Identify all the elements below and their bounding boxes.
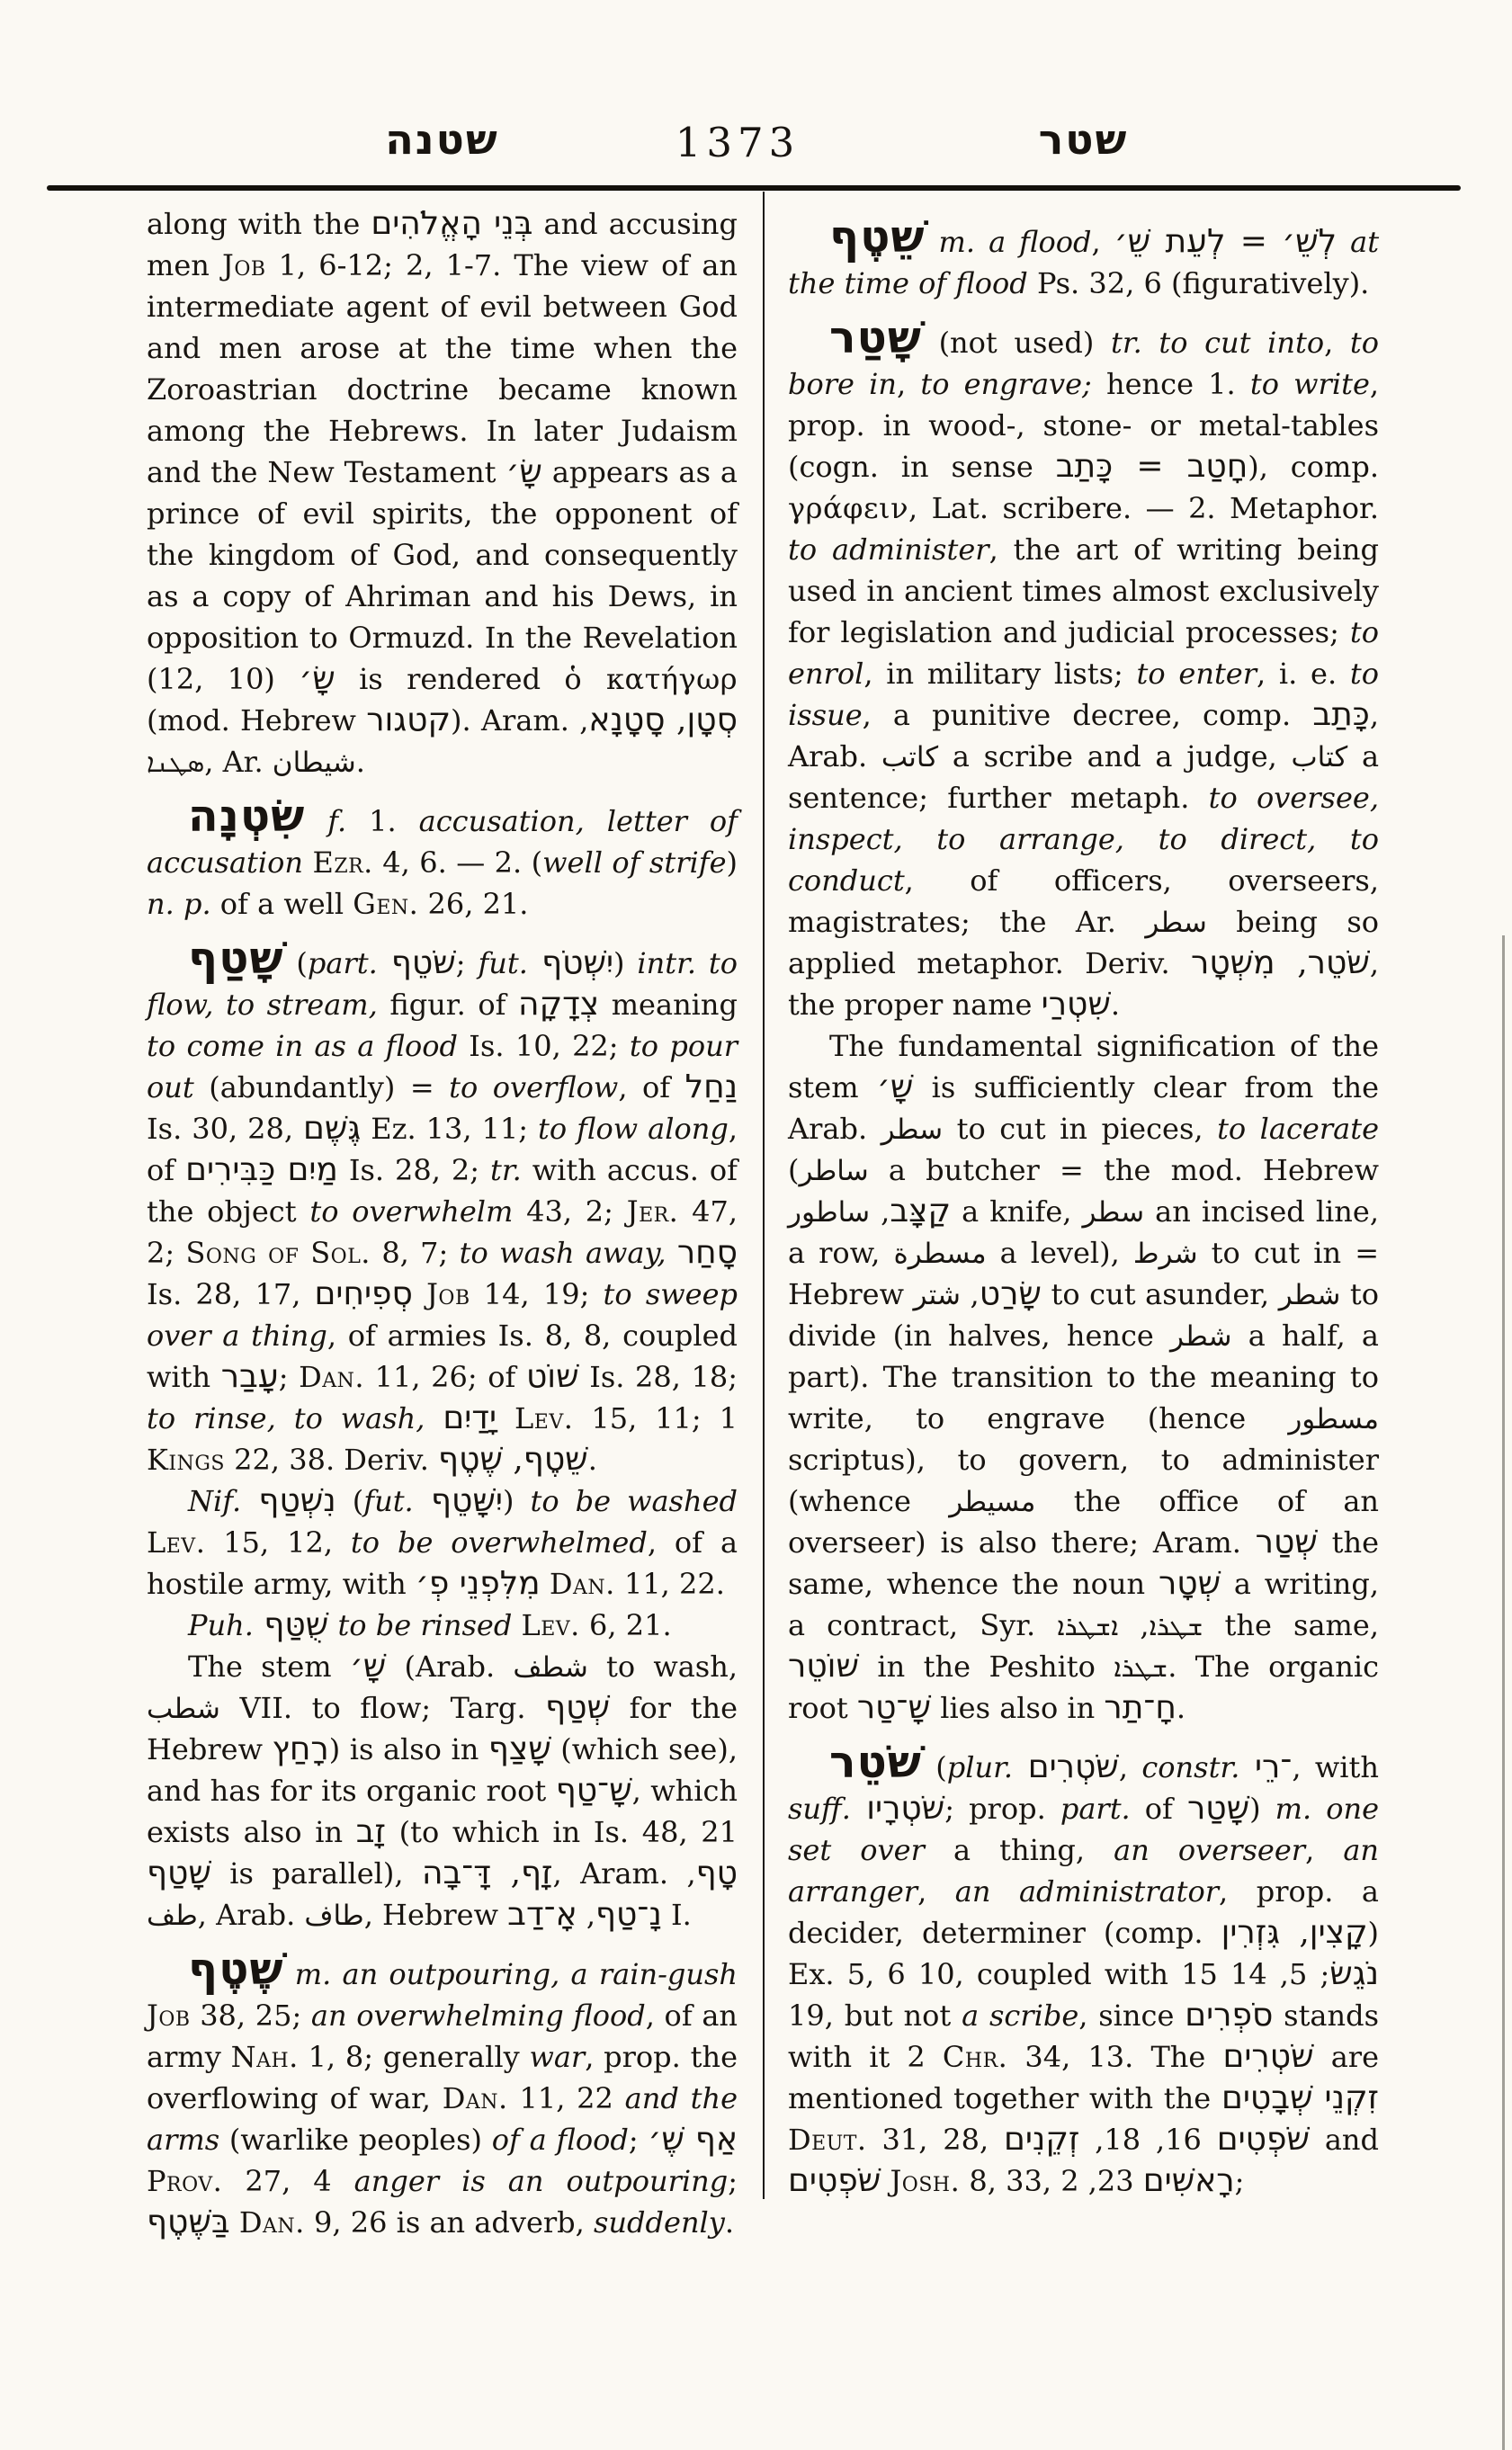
text-run-ro: 1, 6-12; 2, 1-7. The view of an intermed… [147, 248, 738, 489]
text-run-it: an overwhelming flood [311, 1998, 646, 2033]
text-run-ro: , with [1292, 1750, 1379, 1784]
text-run-ar: مسطرة [894, 1238, 987, 1270]
text-run-ar: مسطور [1288, 1403, 1379, 1435]
text-run-ro [696, 946, 709, 980]
text-run-it: an administrator [955, 1874, 1219, 1909]
text-run-ro: Ez. 13, 11; [361, 1112, 538, 1146]
text-run-ro [303, 845, 312, 880]
text-run-sc: Kings [147, 1443, 225, 1477]
text-run-he: סְפִיחִים [315, 1275, 413, 1312]
text-run-he: שֵׁטֶף, שֶׁטֶף [438, 1441, 588, 1478]
text-run-ro: 22, 38. Deriv. [225, 1443, 438, 1477]
dictionary-entry-paragraph: שִׂטְנָה f. 1. accusation, letter of acc… [147, 794, 738, 925]
text-run-he: צְדָקָה [518, 986, 599, 1023]
text-run-ro [541, 1567, 550, 1601]
text-run-it: an overseer [1114, 1833, 1305, 1867]
text-run-he: עָבַר [221, 1358, 279, 1395]
text-run-he: חָטַב = כָּתַב [1056, 448, 1248, 485]
text-run-ro: . [356, 745, 365, 779]
text-run-it: to be washed [530, 1484, 738, 1518]
text-run-ro: 34, 13. The [1007, 2040, 1222, 2074]
text-run-ro [1142, 326, 1159, 360]
text-run-ro: along with the [147, 207, 371, 241]
text-run-ro: 27, 4 [222, 2164, 353, 2198]
text-run-he: שֹׁטְרִים [1013, 1748, 1119, 1785]
text-run-ro: 11, 22 [508, 2081, 625, 2115]
text-run-ro: , [1119, 1750, 1142, 1784]
text-run-sy: ܫܛܪܐ [1150, 1611, 1203, 1641]
text-run-ro [1311, 1792, 1326, 1826]
text-run-ro: a scribe and a judge, [938, 739, 1291, 773]
text-run-ro: ; [728, 2164, 738, 2198]
text-run-he: יִשְׁטֹף [528, 944, 613, 981]
text-run-ro: , Lat. scribere. — 2. Metaphor. [908, 491, 1379, 525]
text-run-ro: to cut in pieces, [943, 1112, 1217, 1146]
text-run-ro: to wash, [588, 1650, 738, 1684]
text-run-he: שָׁטַף [147, 1855, 211, 1891]
text-run-ar: شتر [914, 1279, 961, 1311]
text-run-ro: , Arab. [198, 1898, 305, 1932]
text-run-he: זְקֵנִים [1004, 2121, 1079, 2158]
text-run-ro [284, 1957, 295, 1991]
text-run-ro: ; [279, 1360, 299, 1394]
text-run-hw: שִׂטְנָה [188, 790, 305, 842]
text-run-ar: شطف [513, 1651, 588, 1684]
text-run-it: fut. [478, 946, 527, 980]
text-run-ro: appears as a prince of evil spirits, the… [147, 455, 738, 696]
text-run-ro: Is. 28, 2; [338, 1153, 490, 1187]
text-run-ro: , [917, 1874, 955, 1909]
text-run-ro: and [1310, 2123, 1379, 2157]
text-run-sc: Lev. [514, 1401, 573, 1435]
text-run-ro: ). Aram. [451, 703, 579, 738]
text-run-it: to enter [1137, 657, 1257, 691]
text-run-sc: Dan. [443, 2081, 508, 2115]
text-run-he: שֹׁפְטִים [788, 2162, 881, 2199]
text-run-ro: Is. 10, 22; [458, 1029, 630, 1063]
text-run-ro [328, 1608, 337, 1642]
text-run-it: to come in as a flood [147, 1029, 458, 1063]
text-run-ro: lies also in [931, 1691, 1104, 1725]
text-run-he: שָׁ־טַר [857, 1689, 931, 1726]
text-run-ar: كتاب [1292, 741, 1348, 773]
text-run-ar: مسيطر [949, 1486, 1035, 1518]
text-run-he: שְׁטָר [1159, 1565, 1221, 1602]
text-run-ro: ), comp. [1248, 450, 1379, 484]
text-run-ro: in the Peshito [859, 1650, 1114, 1684]
text-run-sc: Job [147, 1998, 191, 2033]
text-run-ro: of a well [211, 887, 353, 921]
text-run-gr: ὁ κατήγωρ [564, 662, 738, 696]
text-run-he: סָחַר [677, 1234, 738, 1271]
text-run-ar: سطر [1083, 1196, 1145, 1229]
text-run-sc: Dan. [550, 1567, 615, 1601]
text-run-ro: 1, 8; generally [299, 2040, 530, 2074]
text-run-it: an outpouring, a rain-gush [343, 1957, 738, 1991]
text-run-he: שֹׁטֵף [378, 944, 456, 981]
text-run-ro: , [1324, 326, 1350, 360]
text-run-ro: 8, 33, [960, 2164, 1060, 2198]
text-run-ar: سطر [1145, 907, 1207, 939]
header-rule [47, 185, 1461, 191]
text-run-it: m. [939, 225, 976, 259]
text-run-sy: ܣܛܢܐ [147, 747, 204, 778]
text-run-he: שָׂ׳ [299, 660, 335, 697]
text-run-ro: ) [727, 845, 738, 880]
text-run-he: שָׂרַט [980, 1275, 1042, 1312]
text-run-ro: (Arab. [386, 1650, 513, 1684]
text-run-ro: ; [629, 2123, 649, 2157]
text-run-ro: ) is also in [329, 1732, 488, 1766]
text-run-sc: Prov. [147, 2164, 222, 2198]
text-run-ro: 15, 12, [205, 1525, 351, 1560]
text-run-it: to wash away, [460, 1236, 667, 1270]
text-run-ro: , in military lists; [863, 657, 1136, 691]
text-run-it: suff. [788, 1792, 851, 1826]
text-run-sc: Dan. [239, 2205, 305, 2240]
text-run-sc: Gen. [353, 887, 418, 921]
text-run-ro: a thing, [925, 1833, 1114, 1867]
text-run-ro: 31, 28, [867, 2123, 1004, 2157]
text-run-ro: , Hebrew [364, 1898, 507, 1932]
text-run-sc: Dan. [299, 1360, 364, 1394]
text-run-ro: ) [1249, 1792, 1275, 1826]
text-run-sc: Lev. [147, 1525, 205, 1560]
text-run-he: כָּתַב [1312, 696, 1370, 733]
text-run-ro: Is. 28, 18; [579, 1360, 738, 1394]
text-run-hw: שֹׁטֵר [829, 1736, 922, 1788]
text-run-he: ־רֵי [1239, 1748, 1292, 1785]
text-run-sc: Jer. [627, 1194, 679, 1229]
text-run-ar: شرط [1133, 1238, 1198, 1270]
text-run-it: well of strife [542, 845, 726, 880]
text-run-ro: meaning [599, 988, 738, 1022]
text-run-ro: 16, 18, [1079, 2123, 1216, 2157]
text-paragraph: Puh. שֻׁטַּף to be rinsed Lev. 6, 21. [147, 1605, 738, 1646]
text-run-ro: Is. 30, 28, [147, 1112, 303, 1146]
text-run-sc: Josh. [890, 2164, 960, 2198]
text-run-ro: . [725, 2205, 734, 2240]
text-run-it: to lacerate [1217, 1112, 1379, 1146]
text-run-ro: . [1176, 1691, 1185, 1725]
scan-edge-artifact [1502, 935, 1505, 2450]
text-run-ro [230, 2205, 239, 2240]
text-run-ro: , i. e. [1257, 657, 1350, 691]
text-run-ro: ( [788, 1153, 799, 1187]
text-run-ro: , [686, 1856, 695, 1891]
text-run-he: נָ־טַף [595, 1896, 662, 1933]
text-run-ro: 26, 21. [418, 887, 528, 921]
text-run-he: נֹגֵשׂ [1329, 1955, 1379, 1992]
text-run-it: f. [327, 804, 346, 838]
text-run-it: suddenly [594, 2205, 725, 2240]
text-run-he: שֹׁטְרִים [1222, 2038, 1313, 2075]
text-run-ro: ) [613, 946, 637, 980]
text-run-hw: שֶׁטֶף [188, 1943, 284, 1995]
text-run-he: יִשָּׁטֵף [414, 1482, 503, 1519]
text-run-ro: , [1118, 1608, 1149, 1642]
text-run-it: to overwhelm [309, 1194, 513, 1229]
text-run-ro: , [870, 1194, 890, 1229]
text-run-ro: 43, 2; [513, 1194, 626, 1229]
text-run-ro: is rendered [336, 662, 565, 696]
text-run-ro: the same, [1203, 1608, 1379, 1642]
dictionary-entry-paragraph: שָׁטַר (not used) tr. to cut into, to bo… [788, 316, 1379, 1025]
text-run-ro: 9, 26 is an adverb, [305, 2205, 594, 2240]
text-run-ro: (abundantly) = [194, 1070, 449, 1104]
text-run-sc: Lev. [521, 1608, 579, 1642]
text-run-sc: Deut. [788, 2123, 867, 2157]
dictionary-entry-paragraph: שֹׁטֵר (plur. שֹׁטְרִים, constr. ־רֵי, w… [788, 1740, 1379, 2202]
text-run-it: n. p. [147, 887, 211, 921]
text-run-he: שֹׁפְטִים [1217, 2121, 1310, 2158]
text-run-he: מִלִּפְנֵי פְ׳ [416, 1565, 541, 1602]
text-run-ar: شطب [147, 1693, 220, 1725]
text-run-it: to engrave; [920, 367, 1092, 401]
text-run-ro: 15, 11; 1 [573, 1401, 738, 1435]
text-run-ro [413, 1277, 426, 1311]
text-run-he: שְׁטַר [1256, 1524, 1318, 1560]
text-run-he: שָׂ׳ [505, 453, 541, 490]
dictionary-entry-paragraph: שֵׁטֶף m. a flood, לְשֵׁ׳ = לְעֵת שֵׁ׳ a… [788, 215, 1379, 304]
text-run-ro: 6, 21. [580, 1608, 672, 1642]
text-run-ro: (mod. Hebrew [147, 703, 366, 738]
text-run-he: שָׁ׳ [350, 1648, 386, 1685]
text-run-it: a scribe [962, 1998, 1078, 2033]
text-run-it: a flood [989, 225, 1091, 259]
text-run-ro: (not used) [922, 326, 1111, 360]
text-run-it: to write [1250, 367, 1370, 401]
text-run-ro: , of [618, 1070, 684, 1104]
text-run-ro: , a punitive decree, comp. [863, 698, 1313, 732]
text-run-he: זָף, דָּ־בָה [422, 1855, 553, 1891]
text-run-ro [512, 1608, 521, 1642]
dictionary-entry-paragraph: שָׁטַף (part. שֹׁטֵף; fut. יִשְׁטֹף) int… [147, 936, 738, 1480]
text-run-ro: hence 1. [1092, 367, 1250, 401]
text-run-sc: Song of Sol. [185, 1236, 371, 1270]
text-run-he: שָׁ־טַף [556, 1772, 632, 1809]
text-run-he: מַיִם כַּבִּירִים [185, 1151, 338, 1188]
text-run-ro: ; [456, 946, 479, 980]
text-run-gr: γράφειν [788, 491, 908, 525]
text-run-he: בַּשֶּׁטֶף [147, 2204, 230, 2240]
text-run-he: נַחַל [685, 1069, 738, 1105]
text-run-sy: ܫܛܪܐ [1114, 1652, 1168, 1683]
text-run-it: Nif. [188, 1484, 241, 1518]
text-run-it: to overflow [449, 1070, 618, 1104]
text-run-it: m. [1275, 1792, 1312, 1826]
text-run-ro [305, 804, 327, 838]
text-run-ro [1337, 225, 1350, 259]
text-run-ro: a knife, [951, 1194, 1083, 1229]
text-run-hw: שָׁטַף [188, 932, 284, 984]
text-run-he: שָׁטַר [1187, 1790, 1249, 1827]
text-run-he: גֶּשֶׁם [303, 1110, 361, 1147]
text-run-he: אַף שֶׁ׳ [648, 2121, 738, 2158]
text-run-ar: ساطر [799, 1155, 868, 1187]
text-run-ro: to cut asunder, [1042, 1277, 1279, 1311]
text-run-ro: (to which in Is. 48, 21 [386, 1815, 738, 1849]
text-run-ro: The stem [188, 1650, 350, 1684]
text-run-it: to rinse, to wash, [147, 1401, 425, 1435]
text-run-ro [881, 2164, 890, 2198]
text-run-he: יָדַיִם [443, 1399, 497, 1436]
text-run-ro: (warlike peoples) [219, 2123, 492, 2157]
text-run-he: לְשֵׁ׳ = לְעֵת שֵׁ׳ [1114, 223, 1337, 260]
text-run-it: anger is an outpouring [354, 2164, 729, 2198]
text-run-it: Puh. [188, 1608, 254, 1642]
text-run-he: שׁוֹט [526, 1358, 579, 1395]
text-run-ro: , [577, 1898, 595, 1932]
text-run-sc: Job [426, 1277, 470, 1311]
text-run-ro: figur. of [378, 988, 518, 1022]
text-run-ro: , [579, 703, 588, 738]
text-run-ro: , since [1078, 1998, 1185, 2033]
text-run-ro: 11, 26; of [364, 1360, 526, 1394]
text-run-ro: , [961, 1277, 980, 1311]
text-run-it: to be rinsed [337, 1608, 512, 1642]
text-run-ar: طف [147, 1900, 198, 1932]
text-run-he: קַצָּב [890, 1193, 951, 1229]
text-run-he: שֹׁטְרָיו [851, 1790, 944, 1827]
text-column-right: שֵׁטֶף m. a flood, לְשֵׁ׳ = לְעֵת שֵׁ׳ a… [788, 203, 1379, 2202]
text-run-it: of a flood [492, 2123, 629, 2157]
text-run-ro: , [1092, 225, 1114, 259]
text-run-ro: . [1111, 988, 1120, 1022]
text-column-left: along with the בְּנֵי הָאֱלֹהִים and acc… [147, 203, 738, 2243]
text-run-ro [975, 225, 989, 259]
text-run-hw: שָׁטַר [829, 311, 922, 363]
text-run-ro: ) [503, 1484, 531, 1518]
text-run-he: שֹׁטֵר, מִשְׁטָר [1191, 944, 1370, 981]
text-run-ro [667, 1236, 677, 1270]
text-run-ro: 4, 6. — 2. ( [373, 845, 542, 880]
text-run-he: זִקְנֵי שְׁבָטִים [1221, 2079, 1379, 2116]
text-run-ro: , [897, 367, 920, 401]
text-run-he: שׁוֹטֵר [788, 1648, 859, 1685]
text-run-it: to flow along [538, 1112, 729, 1146]
text-paragraph: along with the בְּנֵי הָאֱלֹהִים and acc… [147, 203, 738, 782]
text-run-ar: شيطان [273, 747, 356, 779]
text-run-he: חָ־תַר [1104, 1689, 1176, 1726]
text-run-he: בְּנֵי הָאֱלֹהִים [371, 205, 532, 242]
text-run-he: סֹפְרִים [1185, 1997, 1273, 2034]
text-run-ro: I. [662, 1898, 692, 1932]
text-run-ro: . [588, 1443, 597, 1477]
text-run-ro: , Ar. [204, 745, 273, 779]
text-run-he: שָׁצַף [488, 1730, 551, 1767]
text-run-ro [425, 1401, 443, 1435]
running-head: שטנה 1373 שטר [0, 115, 1512, 174]
text-run-ro: a level), [987, 1236, 1133, 1270]
text-run-ro: VII. to flow; Targ. [220, 1691, 545, 1725]
text-run-ar: شطر [1279, 1279, 1341, 1311]
text-run-ro [497, 1401, 514, 1435]
text-run-it: tr. [490, 1153, 522, 1187]
running-head-catchword-right: שטר [788, 115, 1379, 164]
text-run-ro: of [1131, 1792, 1187, 1826]
text-run-he: קטגור [366, 702, 451, 738]
lexicon-page: שטנה 1373 שטר along with the בְּנֵי הָאֱ… [0, 0, 1512, 2450]
text-run-he: שֻׁטַּף [254, 1606, 328, 1643]
text-run-sc: Ezr. [312, 845, 372, 880]
text-run-ar: ساطور [788, 1196, 870, 1229]
text-run-he: אָ־דַב [507, 1896, 577, 1933]
text-run-ro: 11, 22. [615, 1567, 725, 1601]
text-run-ar: سطر [881, 1113, 944, 1146]
text-run-he: זָב [356, 1813, 386, 1850]
text-run-ro: 38, 25; [191, 1998, 311, 2033]
text-run-it: war [529, 2040, 585, 2074]
dictionary-entry-paragraph: שֶׁטֶף m. an outpouring, a rain-gush Job… [147, 1947, 738, 2243]
text-run-he: רָחַץ [272, 1730, 328, 1767]
text-paragraph: The fundamental signification of the ste… [788, 1025, 1379, 1729]
text-run-ro: 1. [346, 804, 418, 838]
text-run-he: שָׁ׳ [877, 1069, 913, 1105]
text-run-ro: ( [922, 1750, 947, 1784]
text-run-ar: كاتب [881, 741, 938, 773]
text-run-it: to cut into [1159, 326, 1324, 360]
text-run-it: intr. [637, 946, 696, 980]
text-run-ro: Ps. 32, 6 (figuratively). [1028, 266, 1370, 300]
text-run-he: נִשְׁטַף [241, 1482, 336, 1519]
text-run-he: קָצִין, גִּזְרִין [1221, 1914, 1368, 1951]
text-run-he: שִׁטְרַי [1042, 986, 1111, 1023]
text-run-he: שְׁטַף [545, 1689, 610, 1726]
text-run-ro: Is. 28, 17, [147, 1277, 315, 1311]
text-run-it: part. [1060, 1792, 1131, 1826]
text-run-ro: ; prop. [944, 1792, 1060, 1826]
text-run-ro: 14, 19; [470, 1277, 604, 1311]
text-run-sc: Job [222, 248, 266, 282]
text-run-he: טָף [696, 1855, 738, 1891]
text-run-ro: , [1305, 1833, 1343, 1867]
text-run-ro: ( [336, 1484, 364, 1518]
text-run-it: part. [308, 946, 378, 980]
text-run-it: tr. [1111, 326, 1142, 360]
text-paragraph: Nif. נִשְׁטַף (fut. יִשָּׁטֵף) to be was… [147, 1480, 738, 1605]
text-run-it: plur. [947, 1750, 1013, 1784]
column-divider-rule [763, 192, 765, 2199]
text-run-ro: ( [284, 946, 308, 980]
text-paragraph: The stem שָׁ׳ (Arab. شطف to wash, شطب VI… [147, 1646, 738, 1936]
text-run-ro: is parallel), [211, 1856, 422, 1891]
text-run-it: constr. [1141, 1750, 1239, 1784]
text-run-it: m. [295, 1957, 332, 1991]
text-run-ro: 8, 7; [371, 1236, 460, 1270]
text-run-it: fut. [363, 1484, 413, 1518]
text-run-ro [926, 225, 939, 259]
text-run-hw: שֵׁטֶף [829, 210, 926, 263]
text-run-he: סְטָן, סָטָנָא [588, 702, 738, 738]
text-run-ro: a butcher = the mod. Hebrew [869, 1153, 1379, 1187]
text-run-sc: Nah. [231, 2040, 299, 2074]
text-run-ar: طاف [304, 1900, 363, 1932]
text-run-ro: , Aram. [553, 1856, 687, 1891]
text-run-ro [331, 1957, 342, 1991]
text-run-sy: ܐܫܛܪܐ [1057, 1611, 1118, 1641]
text-run-sc: Chr. [943, 2040, 1007, 2074]
text-run-ar: شطر [1170, 1320, 1232, 1353]
text-run-it: to be overwhelmed [351, 1525, 648, 1560]
text-run-it: to administer [788, 532, 989, 567]
text-run-he: רָאשִׁים [1143, 2162, 1235, 2199]
